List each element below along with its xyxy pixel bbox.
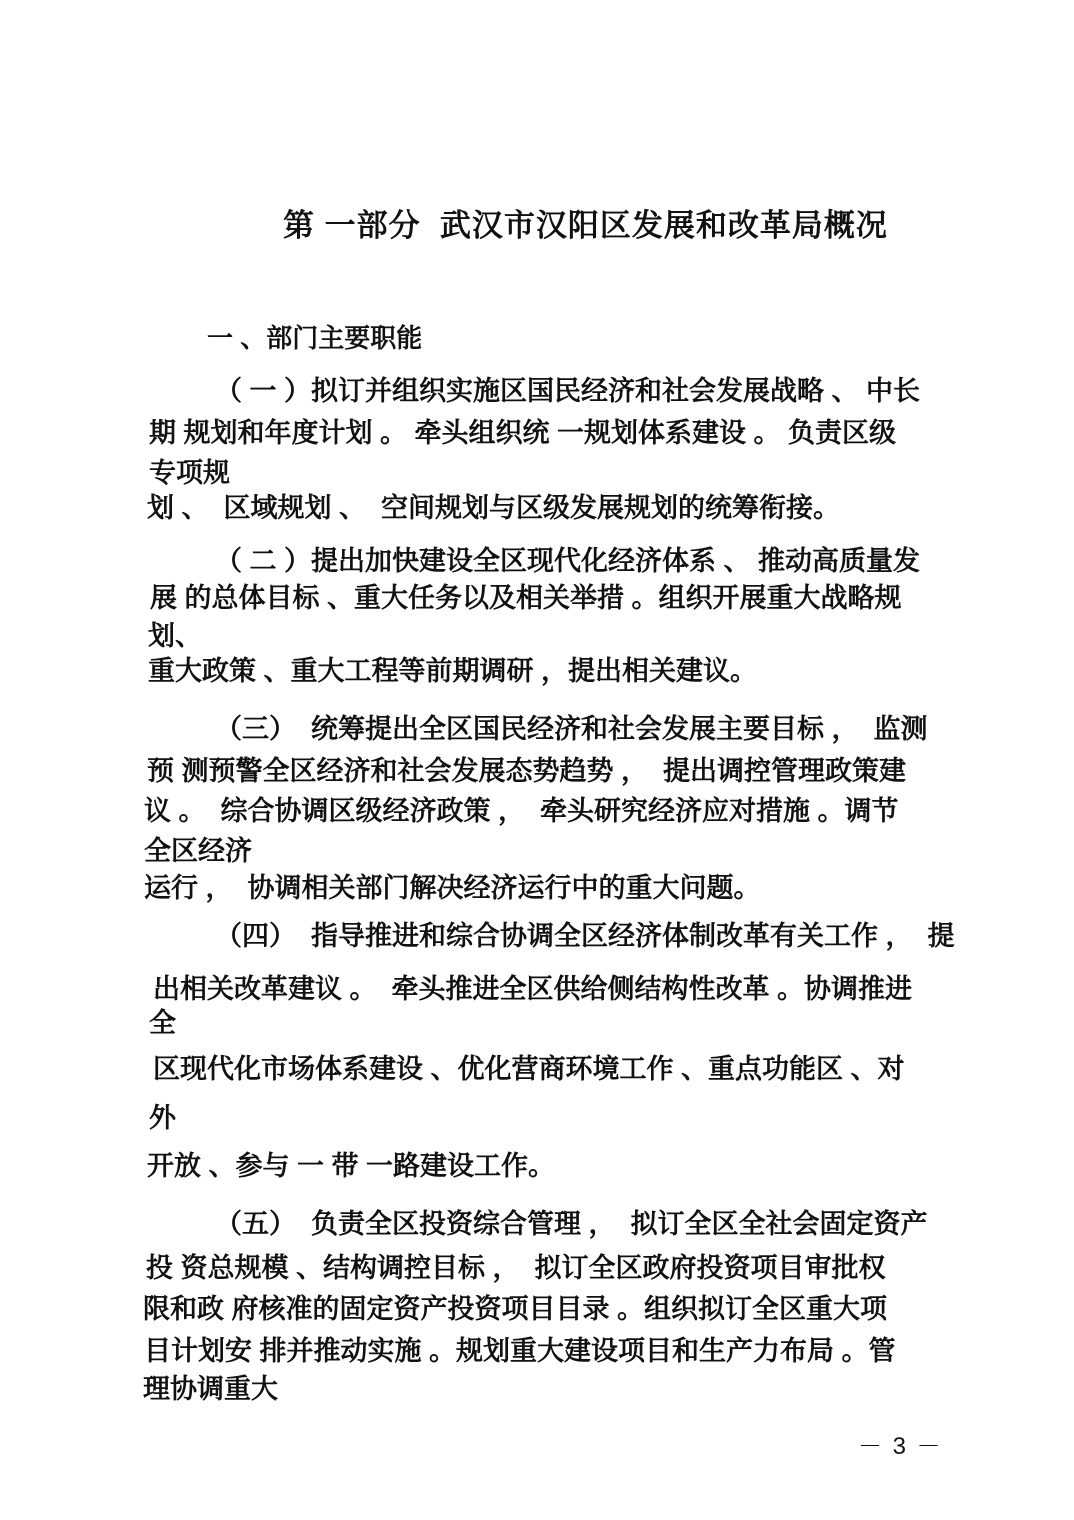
section-heading: 一 、部门主要职能	[207, 324, 422, 353]
paragraph-5-line-3: 限和政 府核准的固定资产投资项目目录 。组织拟订全区重大项	[143, 1295, 887, 1325]
paragraph-3-line-2: 预 测预警全区经济和社会发展态势趋势 ， 提出调控管理政策建	[147, 757, 906, 787]
paragraph-2-line-2: 展 的总体目标 、重大任务以及相关举措 。组织开展重大战略规	[150, 584, 902, 614]
page-number: － 3 －	[858, 1426, 943, 1461]
paragraph-4-line-1: （四） 指导推进和综合协调全区经济体制改革有关工作 ， 提	[215, 922, 955, 952]
paragraph-1-line-3: 专项规	[149, 459, 230, 489]
paragraph-5-line-1: （五） 负责全区投资综合管理 ， 拟订全区全社会固定资产	[215, 1210, 928, 1240]
paragraph-4-line-3: 全	[149, 1009, 176, 1039]
paragraph-3-line-5: 运行 ， 协调相关部门解决经济运行中的重大问题。	[144, 874, 761, 904]
paragraph-3-line-4: 全区经济	[144, 837, 252, 867]
paragraph-4-line-4: 区现代化市场体系建设 、优化营商环境工作 、重点功能区 、对	[153, 1055, 905, 1085]
paragraph-3-line-3: 议 。 综合协调区级经济政策 ， 牵头研究经济应对措施 。调节	[144, 797, 899, 827]
paragraph-4-line-6: 开放 、参与 一 带 一路建设工作。	[147, 1152, 555, 1182]
paragraph-5-line-2: 投 资总规模 、结构调控目标 ， 拟订全区政府投资项目审批权	[146, 1254, 886, 1284]
paragraph-2-line-4: 重大政策 、重大工程等前期调研 ，提出相关建议。	[148, 657, 757, 687]
paragraph-5-line-4: 目计划安 排并推动实施 。规划重大建设项目和生产力布局 。管	[144, 1337, 896, 1367]
document-page: 第 一部分 武汉市汉阳区发展和改革局概况 一 、部门主要职能 （ 一 ）拟订并组…	[0, 0, 1074, 1520]
paragraph-1-line-2: 期 规划和年度计划 。 牵头组织统 一规划体系建设 。 负责区级	[149, 419, 896, 449]
paragraph-3-line-1: （三） 统筹提出全区国民经济和社会发展主要目标 ， 监测	[215, 715, 928, 745]
paragraph-1-line-1: （ 一 ）拟订并组织实施区国民经济和社会发展战略 、 中长	[215, 377, 920, 407]
paragraph-4-line-2: 出相关改革建议 。 牵头推进全区供给侧结构性改革 。协调推进	[153, 975, 912, 1005]
paragraph-4-line-5: 外	[149, 1104, 176, 1134]
paragraph-1-line-4: 划 、 区域规划 、 空间规划与区级发展规划的统筹衔接。	[147, 494, 840, 524]
paragraph-5-line-5: 理协调重大	[143, 1375, 278, 1405]
document-title: 第 一部分 武汉市汉阳区发展和改革局概况	[283, 209, 888, 243]
paragraph-2-line-3: 划、	[148, 622, 202, 652]
paragraph-2-line-1: （ 二 ）提出加快建设全区现代化经济体系 、 推动高质量发	[215, 547, 920, 577]
